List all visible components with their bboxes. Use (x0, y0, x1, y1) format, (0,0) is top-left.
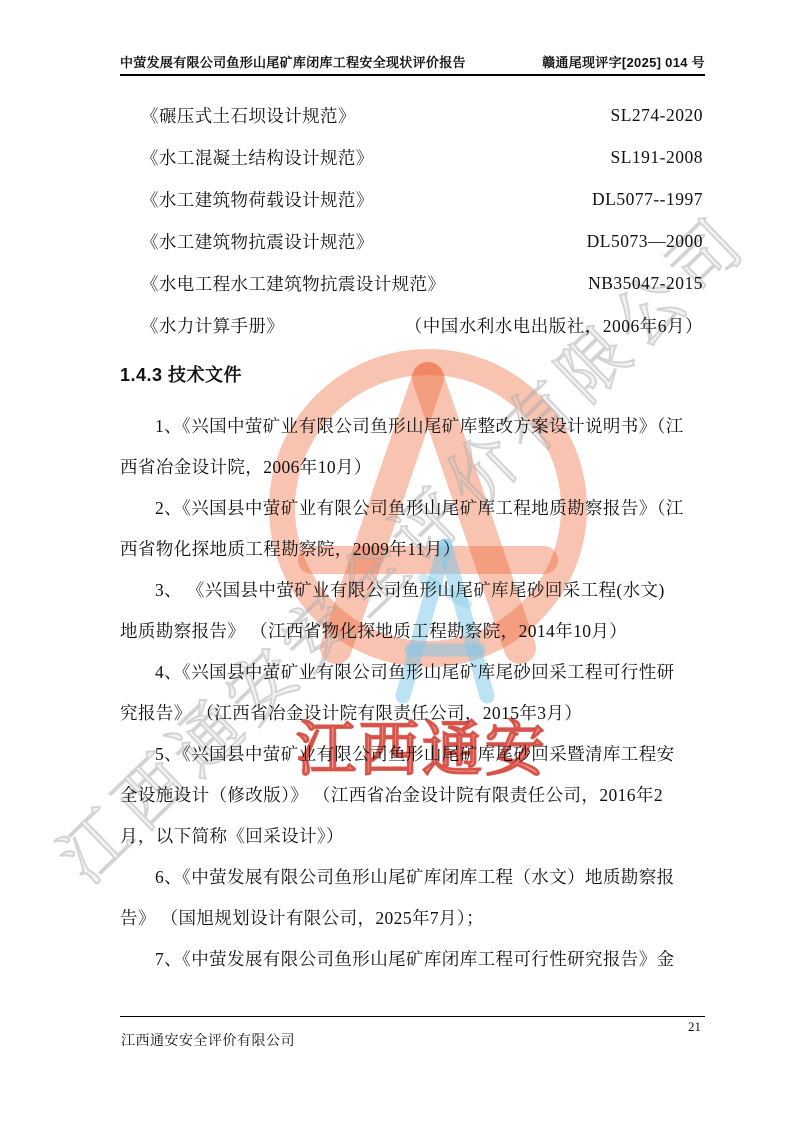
standard-row: 《水力计算手册》 （中国水利水电出版社，2006年6月） (120, 304, 703, 346)
standard-title: 《水工建筑物抗震设计规范》 (141, 229, 374, 254)
standard-row: 《水工混凝土结构设计规范》 SL191-2008 (120, 136, 703, 178)
standard-row: 《水工建筑物抗震设计规范》 DL5073—2000 (120, 220, 703, 262)
section-body: 1、《兴国中萤矿业有限公司鱼形山尾矿库整改方案设计说明书》（江 西省冶金设计院，… (120, 406, 710, 980)
section-heading: 1.4.3 技术文件 (120, 362, 242, 388)
standards-list: 《碾压式土石坝设计规范》 SL274-2020 《水工混凝土结构设计规范》 SL… (120, 94, 703, 346)
header-doc-number: 赣通尾现评字[2025] 014 号 (542, 52, 705, 71)
paragraph: 7、《中萤发展有限公司鱼形山尾矿库闭库工程可行性研究报告》金 (120, 939, 710, 980)
page-number: 21 (688, 1019, 701, 1035)
standard-title: 《水电工程水工建筑物抗震设计规范》 (141, 271, 445, 296)
paragraph: 2、《兴国县中萤矿业有限公司鱼形山尾矿库工程地质勘察报告》（江 西省物化探地质工… (120, 488, 710, 570)
standard-row: 《水电工程水工建筑物抗震设计规范》 NB35047-2015 (120, 262, 703, 304)
standard-title: 《水力计算手册》 (141, 313, 284, 338)
paragraph: 4、《兴国县中萤矿业有限公司鱼形山尾矿库尾砂回采工程可行性研 究报告》 （江西省… (120, 652, 710, 734)
paragraph: 1、《兴国中萤矿业有限公司鱼形山尾矿库整改方案设计说明书》（江 西省冶金设计院，… (120, 406, 710, 488)
standard-code: （中国水利水电出版社，2006年6月） (405, 313, 703, 338)
standard-row: 《水工建筑物荷载设计规范》 DL5077--1997 (120, 178, 703, 220)
content-layer: 中萤发展有限公司鱼形山尾矿库闭库工程安全现状评价报告 赣通尾现评字[2025] … (0, 0, 793, 1122)
standard-title: 《水工混凝土结构设计规范》 (141, 145, 374, 170)
paragraph: 6、《中萤发展有限公司鱼形山尾矿库闭库工程（水文）地质勘察报 告》 （国旭规划设… (120, 857, 710, 939)
page-header: 中萤发展有限公司鱼形山尾矿库闭库工程安全现状评价报告 赣通尾现评字[2025] … (120, 52, 705, 71)
standard-title: 《碾压式土石坝设计规范》 (141, 103, 356, 128)
standard-code: SL274-2020 (611, 105, 704, 126)
standard-code: NB35047-2015 (588, 273, 703, 294)
header-rule (120, 74, 705, 76)
paragraph: 3、 《兴国县中萤矿业有限公司鱼形山尾矿库尾砂回采工程(水文) 地质勘察报告》 … (120, 570, 710, 652)
footer-rule (120, 1016, 705, 1017)
document-page: 江西通安安全评价有限公司 江西通安 中萤发展有限公司鱼形山尾矿库闭库工程安全现状… (0, 0, 793, 1122)
standard-code: DL5073—2000 (587, 231, 703, 252)
footer-company-name: 江西通安安全评价有限公司 (121, 1030, 295, 1050)
standard-title: 《水工建筑物荷载设计规范》 (141, 187, 374, 212)
standard-row: 《碾压式土石坝设计规范》 SL274-2020 (120, 94, 703, 136)
standard-code: SL191-2008 (611, 147, 704, 168)
paragraph: 5、《兴国县中萤矿业有限公司鱼形山尾矿库尾砂回采暨清库工程安 全设施设计（修改版… (120, 734, 710, 857)
header-report-title: 中萤发展有限公司鱼形山尾矿库闭库工程安全现状评价报告 (120, 52, 466, 71)
standard-code: DL5077--1997 (592, 189, 703, 210)
